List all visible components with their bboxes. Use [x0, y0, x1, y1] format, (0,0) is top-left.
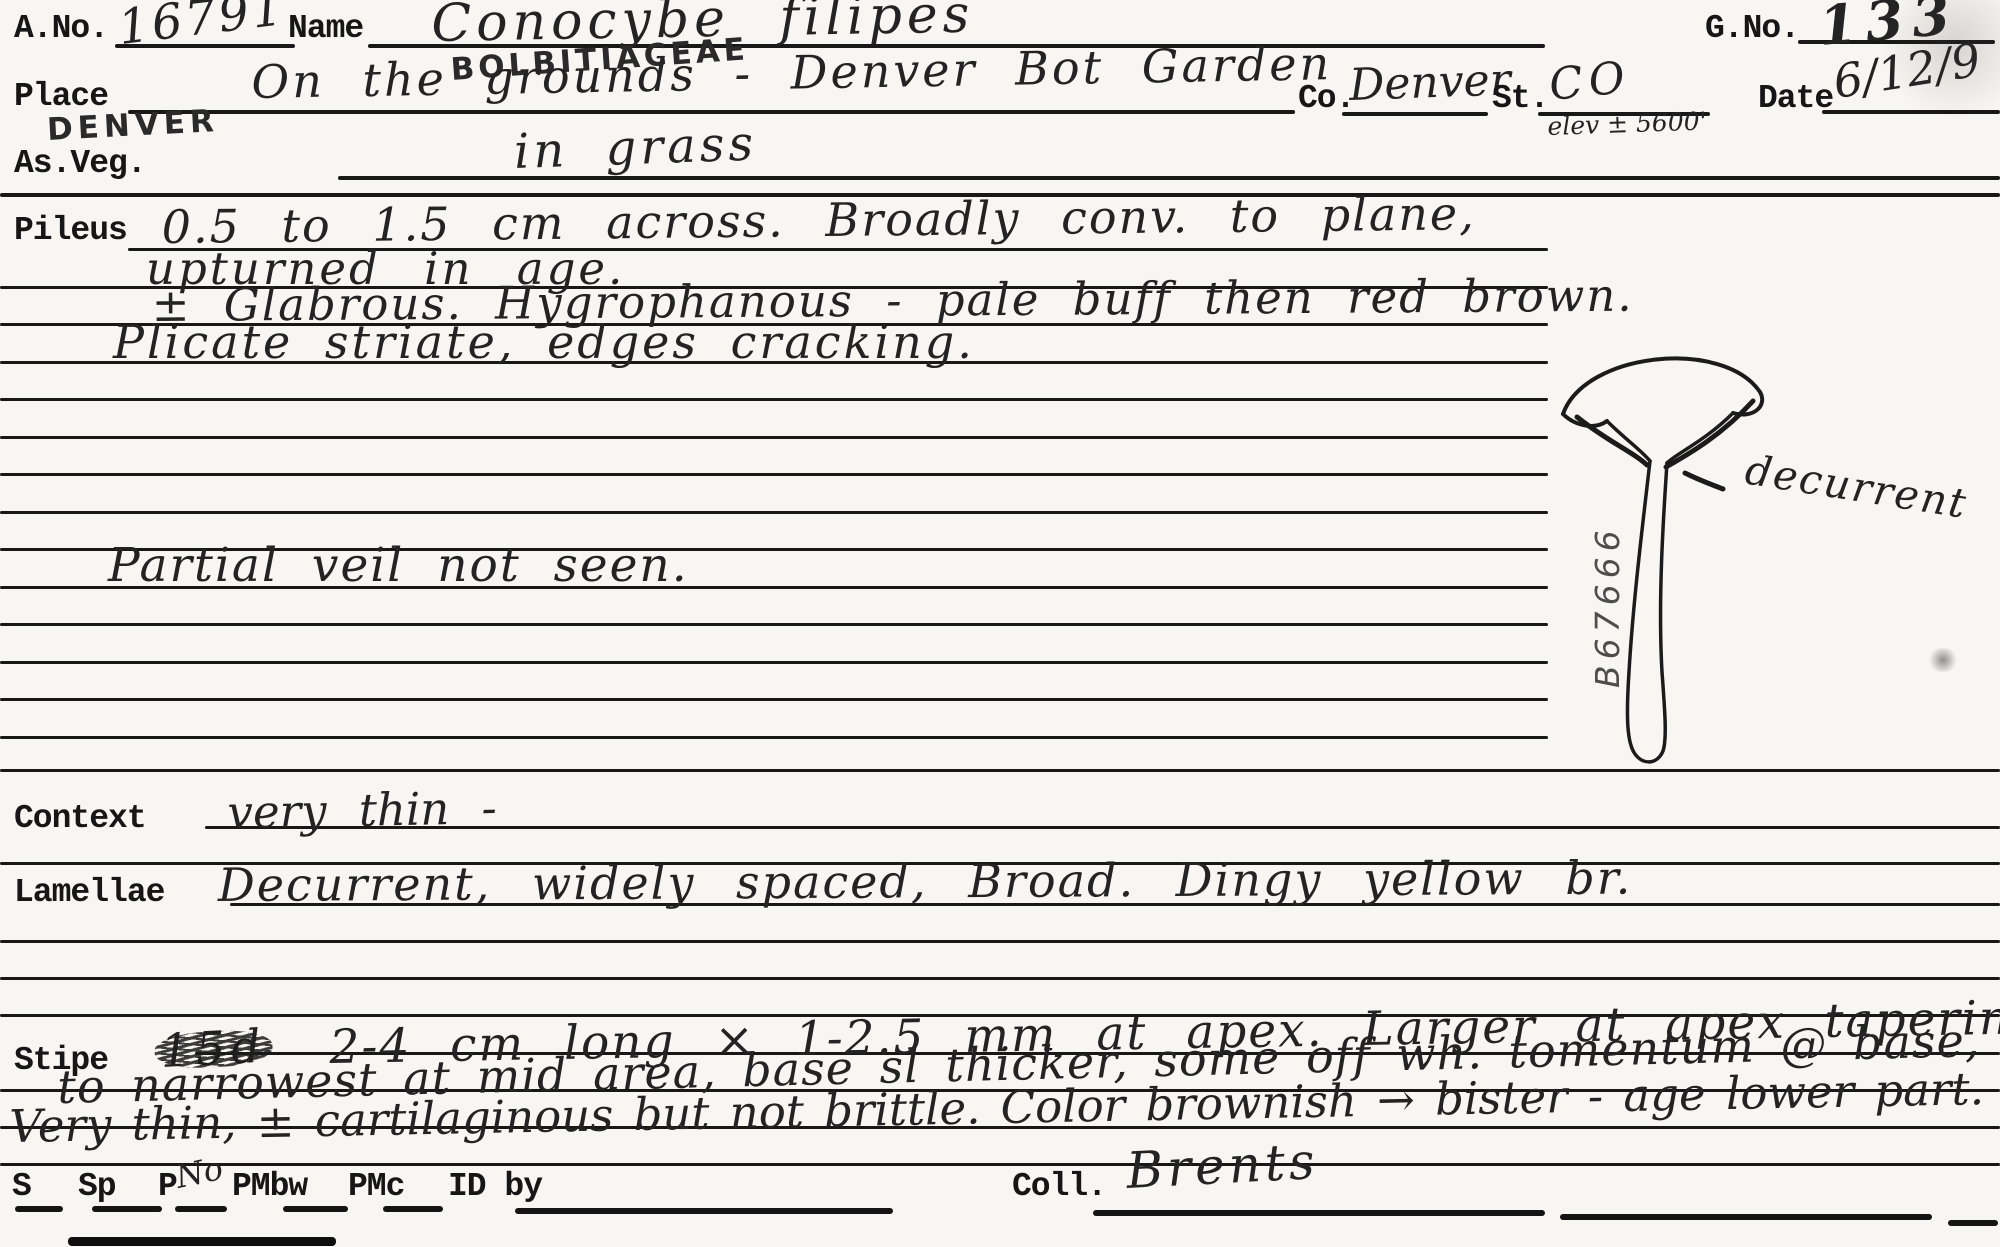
rule-line [0, 736, 1548, 739]
rule-line [0, 473, 1548, 476]
rule-line [0, 511, 1548, 514]
rule-line [0, 436, 1548, 439]
footer-id-by-label: ID by [448, 1168, 542, 1205]
rule-line [0, 661, 1548, 664]
footer-coll-label: Coll. [1012, 1168, 1106, 1205]
footer-blank-line [1093, 1210, 1545, 1216]
rule-line [0, 1163, 2000, 1166]
st-value: CO [1547, 52, 1634, 111]
rule-line [0, 623, 1548, 626]
footer-blank-line [1560, 1214, 1932, 1220]
place-city-note: DENVER [46, 103, 220, 148]
co-value: Denver [1348, 54, 1511, 111]
footer-blank-line [515, 1208, 893, 1214]
footer-blank-line [92, 1206, 162, 1212]
rule-line [0, 698, 1548, 701]
scan-edge-mark [68, 1237, 336, 1246]
footer-blank-line [15, 1206, 63, 1212]
pileus-label: Pileus [14, 212, 127, 249]
st-label: St. [1492, 80, 1548, 117]
scan-smudge [1880, 0, 2000, 120]
rule-line [1342, 112, 1488, 116]
footer-p-label: P [158, 1168, 177, 1205]
specimen-card: A.No. 16791 Name Conocybe filipes BOLBIT… [0, 0, 2000, 1247]
footer-blank-line [1948, 1220, 1998, 1226]
rule-line [0, 977, 2000, 980]
footer-pmc-label: PMc [348, 1168, 404, 1205]
footer-coll-value: Brents [1125, 1132, 1320, 1200]
context-label: Context [14, 800, 146, 837]
context-value: very thin - [227, 781, 497, 839]
pileus-line-4: Plicate striate, edges cracking. [113, 315, 975, 369]
lamellae-value: Decurrent, widely spaced, Broad. Dingy y… [218, 851, 1633, 912]
footer-p-note: No [172, 1149, 226, 1196]
name-label: Name [288, 10, 363, 47]
scan-smudge [1928, 648, 1958, 672]
footer-blank-line [283, 1206, 348, 1212]
rule-line [0, 398, 1548, 401]
co-label: Co. [1298, 80, 1354, 117]
as-veg-label: As.Veg. [14, 145, 146, 182]
lamellae-label: Lamellae [14, 874, 164, 911]
footer-s-label: S [12, 1168, 31, 1205]
a-no-label: A.No. [14, 10, 108, 47]
partial-veil-note: Partial veil not seen. [108, 538, 689, 593]
date-label: Date [1758, 80, 1833, 117]
rule-line [128, 110, 1295, 114]
as-veg-value: in grass [513, 116, 758, 180]
g-no-label: G.No. [1705, 10, 1799, 47]
rule-line [0, 940, 2000, 943]
footer-blank-line [383, 1206, 443, 1212]
footer-pmbw-label: PMbw [232, 1168, 307, 1205]
footer-blank-line [175, 1206, 227, 1212]
elevation-note: elev ± 5600' [1547, 106, 1707, 141]
footer-sp-label: Sp [78, 1168, 116, 1205]
accession-stamp: B67666 [1588, 524, 1627, 688]
